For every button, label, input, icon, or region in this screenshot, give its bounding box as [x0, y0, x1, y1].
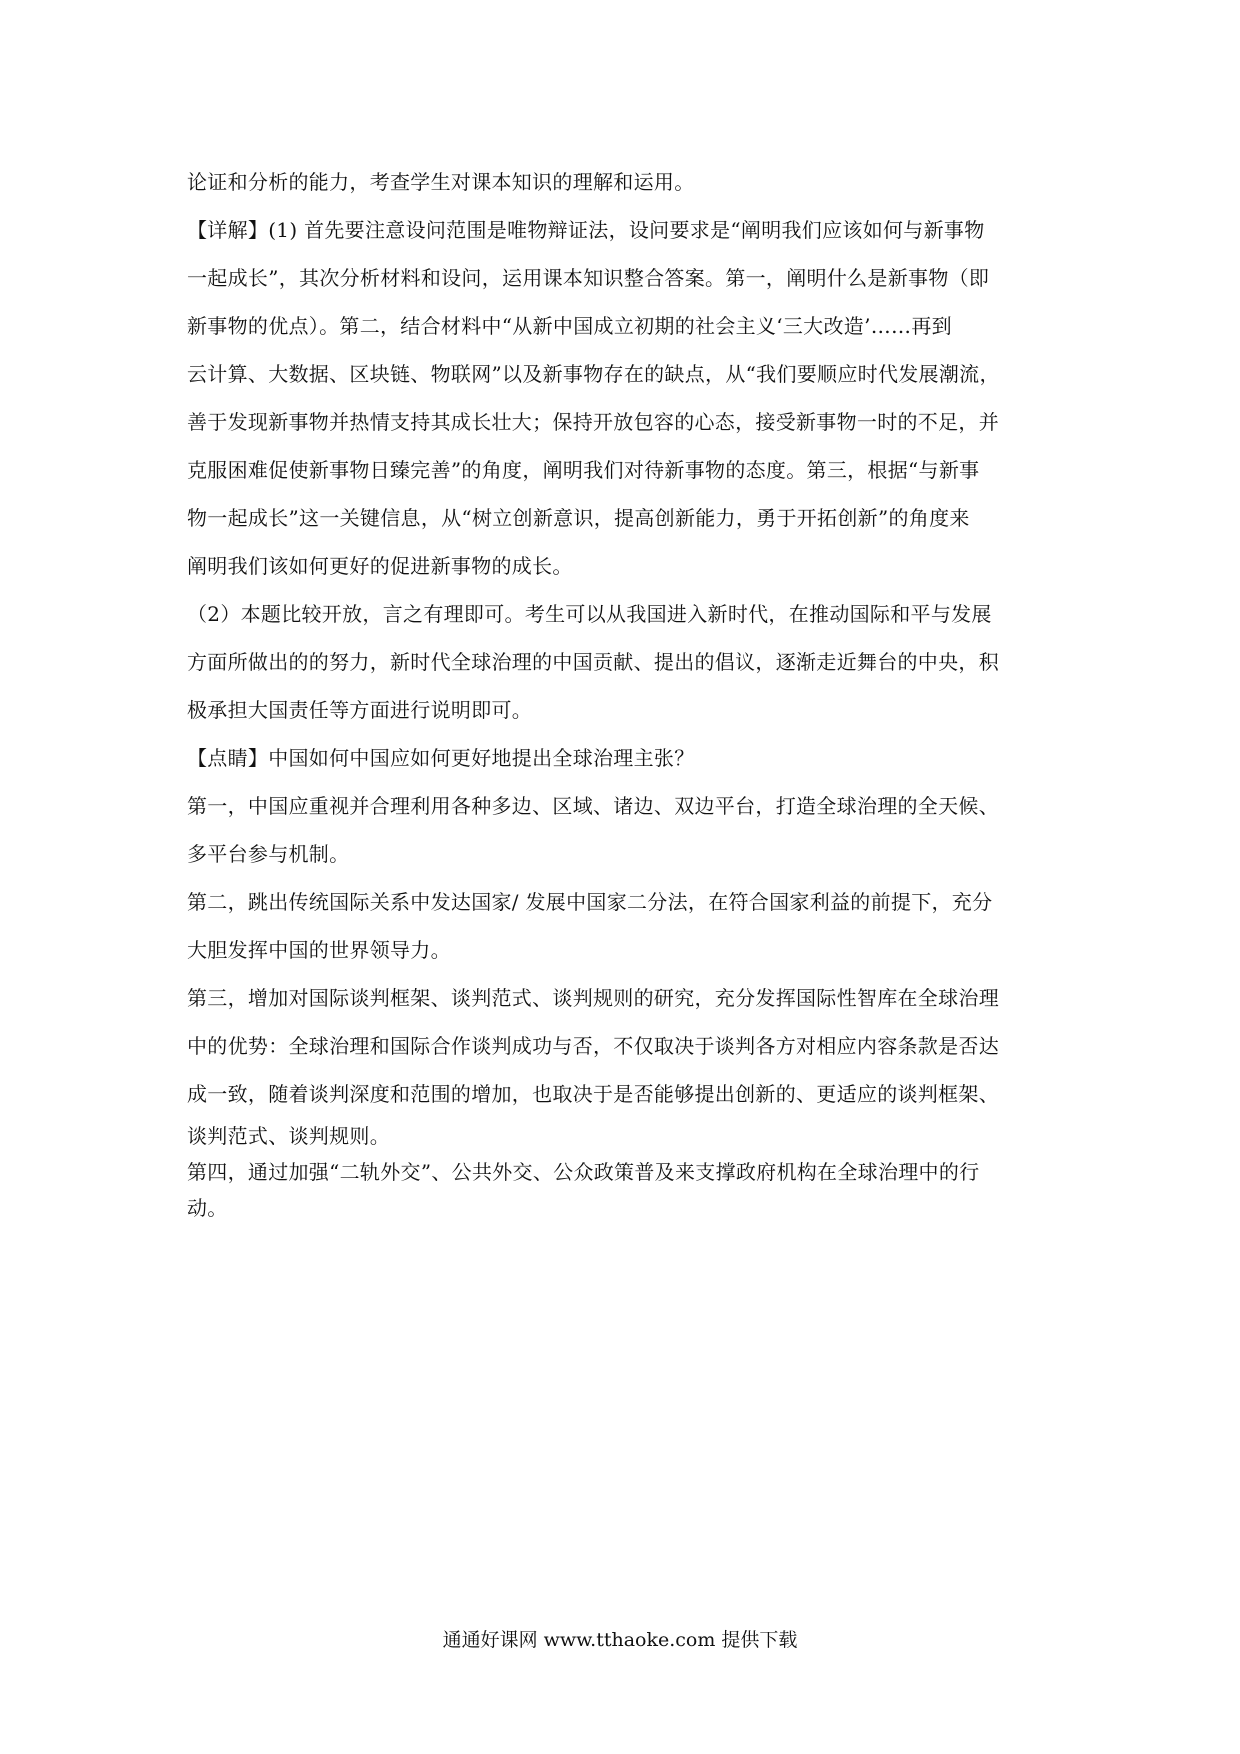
text-line: 成一致，随着谈判深度和范围的增加，也取决于是否能够提出创新的、更适应的谈判框架、	[187, 1070, 1055, 1118]
text-line: 第一，中国应重视并合理利用各种多边、区域、诸边、双边平台，打造全球治理的全天候、	[187, 782, 1055, 830]
text-line: 善于发现新事物并热情支持其成长壮大；保持开放包容的心态，接受新事物一时的不足，并	[187, 398, 1055, 446]
text-line: 方面所做出的的努力，新时代全球治理的中国贡献、提出的倡议，逐渐走近舞台的中央，积	[187, 638, 1055, 686]
page-footer: 通通好课网 www.tthaoke.com 提供下载	[0, 1626, 1240, 1654]
text-line: 新事物的优点）。第二，结合材料中“从新中国成立初期的社会主义‘三大改造’……再到	[187, 302, 1055, 350]
text-line: 第四，通过加强“二轨外交”、公共外交、公众政策普及来支撑政府机构在全球治理中的行	[187, 1154, 1055, 1190]
section-heading-dianjing: 【点睛】中国如何中国应如何更好地提出全球治理主张？	[187, 734, 1055, 782]
text-line: 多平台参与机制。	[187, 830, 1055, 878]
text-line: 【详解】(1) 首先要注意设问范围是唯物辩证法，设问要求是“阐明我们应该如何与新…	[187, 206, 1055, 254]
text-line: 一起成长”，其次分析材料和设问，运用课本知识整合答案。第一，阐明什么是新事物（即	[187, 254, 1055, 302]
text-line: 动。	[187, 1190, 1055, 1226]
text-line: 第三，增加对国际谈判框架、谈判范式、谈判规则的研究，充分发挥国际性智库在全球治理	[187, 974, 1055, 1022]
text-line: 大胆发挥中国的世界领导力。	[187, 926, 1055, 974]
text-line: 阐明我们该如何更好的促进新事物的成长。	[187, 542, 1055, 590]
text-line: 第二，跳出传统国际关系中发达国家/ 发展中国家二分法，在符合国家利益的前提下，充…	[187, 878, 1055, 926]
text-line: 极承担大国责任等方面进行说明即可。	[187, 686, 1055, 734]
text-line: （2）本题比较开放，言之有理即可。考生可以从我国进入新时代，在推动国际和平与发展	[187, 590, 1055, 638]
document-body: 论证和分析的能力，考查学生对课本知识的理解和运用。 【详解】(1) 首先要注意设…	[187, 158, 1055, 1226]
text-line: 中的优势：全球治理和国际合作谈判成功与否，不仅取决于谈判各方对相应内容条款是否达	[187, 1022, 1055, 1070]
text-line: 云计算、大数据、区块链、物联网”以及新事物存在的缺点，从“我们要顺应时代发展潮流…	[187, 350, 1055, 398]
text-line: 克服困难促使新事物日臻完善”的角度，阐明我们对待新事物的态度。第三，根据“与新事	[187, 446, 1055, 494]
text-line: 论证和分析的能力，考查学生对课本知识的理解和运用。	[187, 158, 1055, 206]
text-line: 物一起成长”这一关键信息，从“树立创新意识，提高创新能力，勇于开拓创新”的角度来	[187, 494, 1055, 542]
text-line: 谈判范式、谈判规则。	[187, 1118, 1055, 1154]
